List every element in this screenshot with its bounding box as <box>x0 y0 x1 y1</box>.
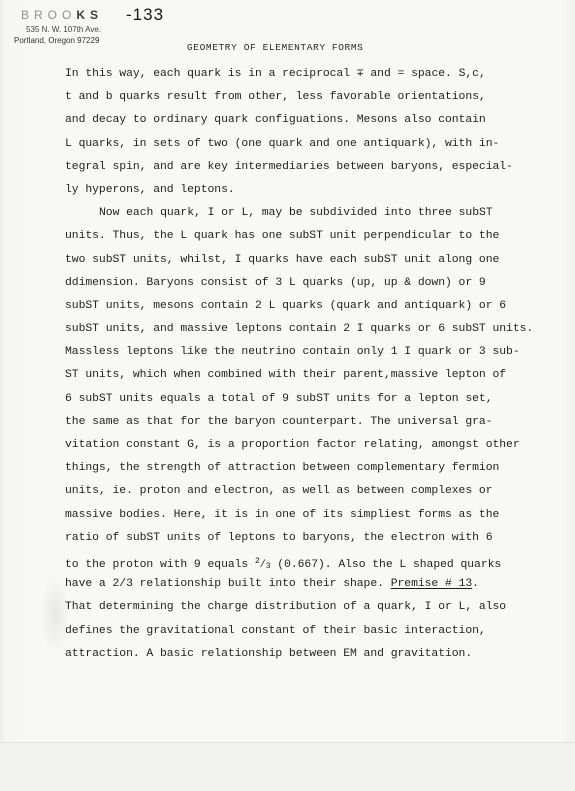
handwritten-page-number: -133 <box>126 5 164 25</box>
fraction-numerator: 2 <box>255 557 260 566</box>
page-bottom-shade <box>0 743 575 791</box>
body-line: Now each quark, I or L, may be subdivide… <box>65 202 535 225</box>
premise-label: Premise # 13 <box>391 578 472 590</box>
letterhead-name: BROOKS <box>21 8 103 22</box>
fraction-line-after: (0.667). Also the L shaped quarks <box>270 559 501 571</box>
body-line-closing-1: That determining the charge distribution… <box>65 596 535 619</box>
document-page: BROOKS -133 535 N. W. 107th Ave. Portlan… <box>0 0 575 791</box>
document-title: GEOMETRY OF ELEMENTARY FORMS <box>187 42 363 53</box>
body-line: ST units, which when combined with their… <box>65 364 535 387</box>
body-line: L quarks, in sets of two (one quark and … <box>65 133 535 156</box>
body-line-fraction: to the proton with 9 equals 2/3 (0.667).… <box>65 550 535 573</box>
fraction-line-before: to the proton with 9 equals <box>65 559 255 571</box>
body-line: vitation constant G, is a proportion fac… <box>65 434 535 457</box>
letterhead-name-bold: KS <box>76 8 103 22</box>
body-line: two subST units, whilst, I quarks have e… <box>65 249 535 272</box>
body-line: units. Thus, the L quark has one subST u… <box>65 225 535 248</box>
body-line: ratio of subST units of leptons to baryo… <box>65 527 535 550</box>
letterhead-name-faint: BROO <box>21 8 76 22</box>
fraction-two-thirds: 2/3 <box>255 560 270 571</box>
body-line: the same as that for the baryon counterp… <box>65 411 535 434</box>
body-line: In this way, each quark is in a reciproc… <box>65 63 535 86</box>
body-line: tegral spin, and are key intermediaries … <box>65 156 535 179</box>
letterhead-address: 535 N. W. 107th Ave. <box>26 25 101 34</box>
body-line: things, the strength of attraction betwe… <box>65 457 535 480</box>
body-line-closing-3: attraction. A basic relationship between… <box>65 643 535 666</box>
body-line: subST units, and massive leptons contain… <box>65 318 535 341</box>
body-line: and decay to ordinary quark configuation… <box>65 109 535 132</box>
letterhead-city: Portland, Oregon 97229 <box>14 36 99 45</box>
body-line-closing-2: defines the gravitational constant of th… <box>65 620 535 643</box>
body-line: t and b quarks result from other, less f… <box>65 86 535 109</box>
body-line-premise: have a 2/3 relationship built into their… <box>65 573 535 596</box>
body-line: subST units, mesons contain 2 L quarks (… <box>65 295 535 318</box>
body-line: 6 subST units equals a total of 9 subST … <box>65 388 535 411</box>
body-line: Massless leptons like the neutrino conta… <box>65 341 535 364</box>
body-line: massive bodies. Here, it is in one of it… <box>65 504 535 527</box>
body-line: ddimension. Baryons consist of 3 L quark… <box>65 272 535 295</box>
document-body: In this way, each quark is in a reciproc… <box>65 63 535 666</box>
body-line: units, ie. proton and electron, as well … <box>65 480 535 503</box>
body-lines: In this way, each quark is in a reciproc… <box>65 63 535 550</box>
premise-line-after: . <box>472 578 479 590</box>
body-line: ly hyperons, and leptons. <box>65 179 535 202</box>
premise-line-before: have a 2/3 relationship built into their… <box>65 578 391 590</box>
